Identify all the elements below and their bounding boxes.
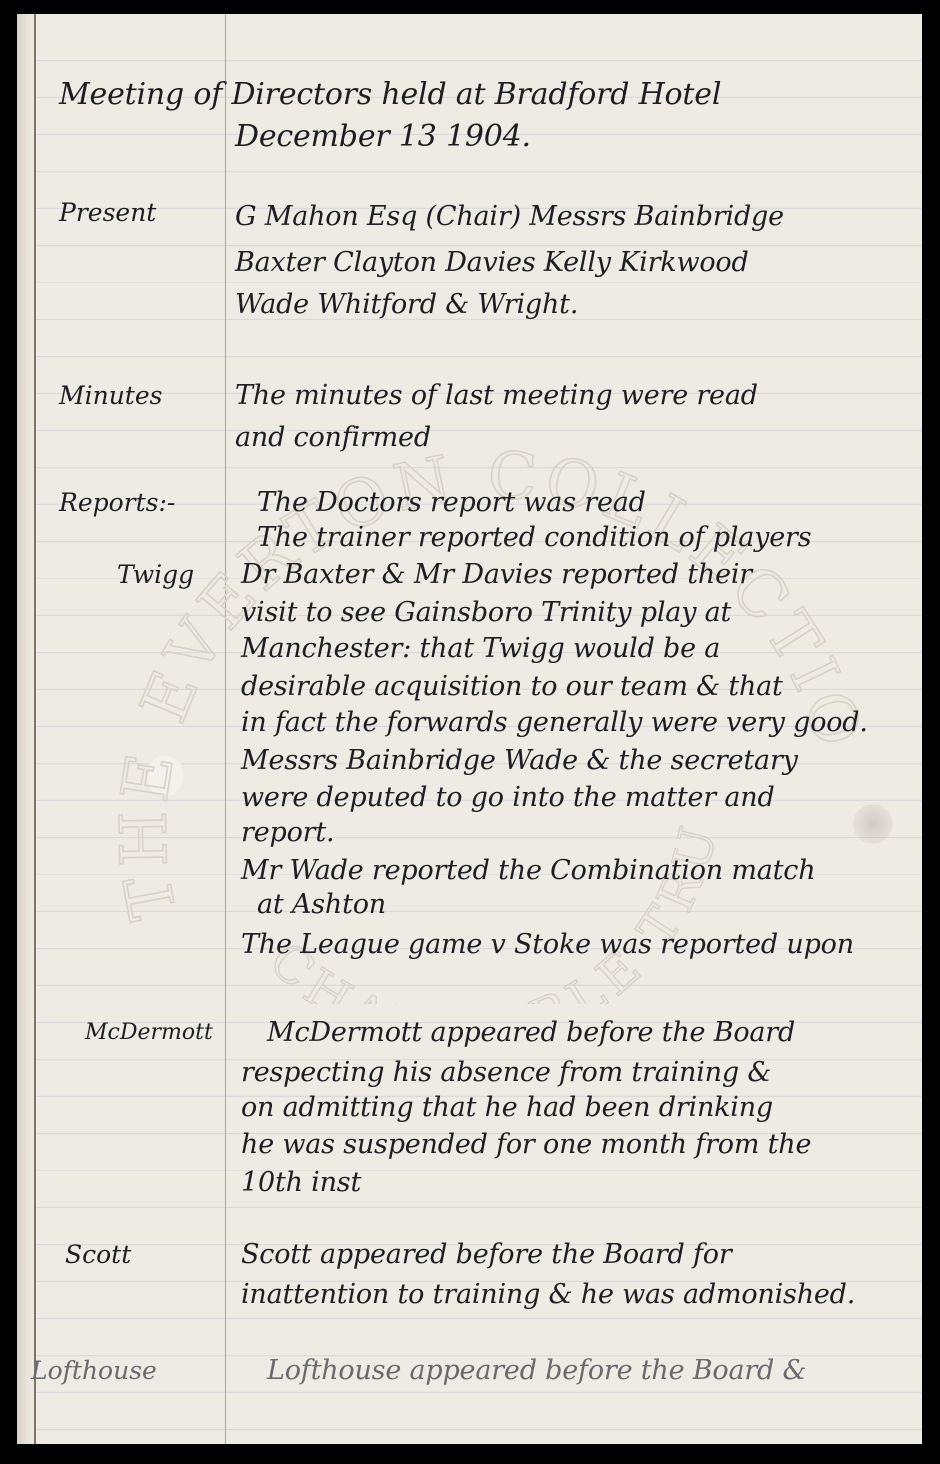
scott-line-2: inattention to training & he was admonis… xyxy=(241,1276,855,1313)
margin-label-scott: Scott xyxy=(65,1236,131,1273)
minutes-line-1: The minutes of last meeting were read xyxy=(235,377,758,414)
meeting-date: December 13 1904. xyxy=(235,118,531,155)
margin-label-minutes: Minutes xyxy=(59,377,162,414)
margin-label-present: Present xyxy=(59,194,156,231)
reports-line-13: The League game v Stoke was reported upo… xyxy=(241,926,854,963)
page-binding-shadow xyxy=(17,14,35,1444)
margin-label-reports: Reports:- xyxy=(59,484,175,521)
lofthouse-line-1: Lofthouse appeared before the Board & xyxy=(267,1352,806,1389)
minutes-line-2: and confirmed xyxy=(235,419,431,456)
reports-line-9: were deputed to go into the matter and xyxy=(241,779,775,816)
present-line-2: Baxter Clayton Davies Kelly Kirkwood xyxy=(235,244,749,281)
mcdermott-line-1: McDermott appeared before the Board xyxy=(267,1014,795,1051)
present-line-3: Wade Whitford & Wright. xyxy=(235,286,578,323)
reports-line-8: Messrs Bainbridge Wade & the secretary xyxy=(241,742,798,779)
red-margin-rule xyxy=(225,14,226,1444)
reports-line-4: visit to see Gainsboro Trinity play at xyxy=(241,594,731,631)
binding-line xyxy=(34,14,36,1444)
embossed-seal-mark xyxy=(145,754,185,798)
reports-line-10: report. xyxy=(241,814,334,851)
reports-line-5: Manchester: that Twigg would be a xyxy=(241,630,720,667)
minute-book-page: THE EVERTON COLLECTION CHARITABLE TRUST … xyxy=(17,14,922,1444)
reports-line-2: The trainer reported condition of player… xyxy=(257,519,811,556)
reports-line-3: Dr Baxter & Mr Davies reported their xyxy=(241,556,752,593)
present-line-1: G Mahon Esq (Chair) Messrs Bainbridge xyxy=(235,198,784,235)
mcdermott-line-2: respecting his absence from training & xyxy=(241,1054,771,1091)
margin-label-twigg: Twigg xyxy=(117,556,194,593)
mcdermott-line-5: 10th inst xyxy=(241,1164,361,1201)
ink-smudge xyxy=(853,804,893,844)
mcdermott-line-4: he was suspended for one month from the xyxy=(241,1126,811,1163)
margin-label-mcdermott: McDermott xyxy=(85,1014,213,1051)
reports-line-11: Mr Wade reported the Combination match xyxy=(241,852,815,889)
reports-line-1: The Doctors report was read xyxy=(257,484,646,521)
reports-line-12: at Ashton xyxy=(257,886,386,923)
reports-line-6: desirable acquisition to our team & that xyxy=(241,668,783,705)
reports-line-7: in fact the forwards generally were very… xyxy=(241,704,868,741)
margin-label-lofthouse: Lofthouse xyxy=(31,1352,157,1389)
mcdermott-line-3: on admitting that he had been drinking xyxy=(241,1089,773,1126)
meeting-title: Meeting of Directors held at Bradford Ho… xyxy=(59,76,721,113)
scott-line-1: Scott appeared before the Board for xyxy=(241,1236,732,1273)
